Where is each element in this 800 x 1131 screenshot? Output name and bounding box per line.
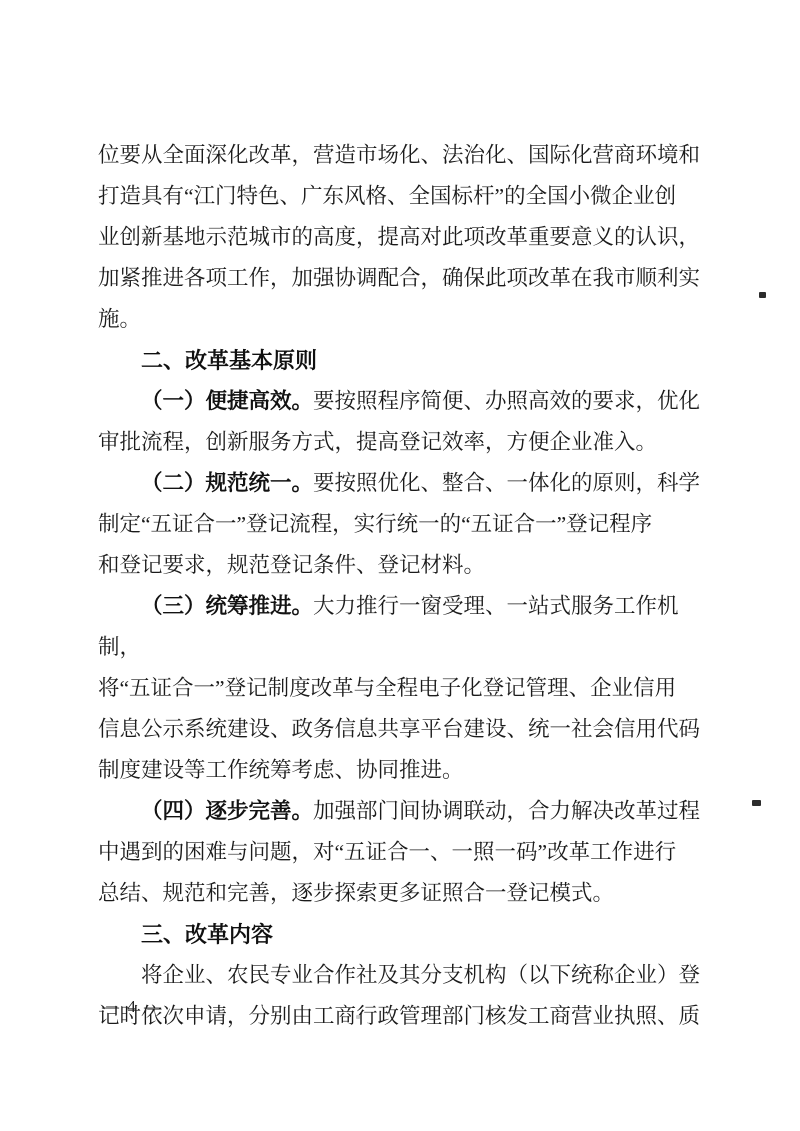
principle-item-2: （二）规范统一。要按照优化、整合、一体化的原则，科学制定“五证合一”登记流程，实… bbox=[98, 463, 714, 586]
principle-item-3-rest: 将“五证合一”登记制度改革与全程电子化登记管理、企业信用 信息公示系统建设、政务… bbox=[98, 668, 714, 791]
section-heading-principles: 二、改革基本原则 bbox=[98, 340, 714, 381]
principle-item-4-lead: （四）逐步完善。 bbox=[141, 799, 313, 823]
principle-item-4-first-line: 加强部门间协调联动，合力解决改革过程 bbox=[313, 799, 700, 823]
principle-item-2-rest: 制定“五证合一”登记流程，实行统一的“五证合一”登记程序 和登记要求，规范登记条… bbox=[98, 504, 714, 586]
principle-item-2-lead: （二）规范统一。 bbox=[141, 471, 313, 495]
principle-item-4: （四）逐步完善。加强部门间协调联动，合力解决改革过程中遇到的困难与问题，对“五证… bbox=[98, 791, 714, 914]
scan-speck-artifact bbox=[356, 1015, 360, 1019]
document-page: 位要从全面深化改革，营造市场化、法治化、国际化营商环境和 打造具有“江门特色、广… bbox=[0, 0, 800, 1131]
principle-item-1-first-line: 要按照程序简便、办照高效的要求，优化 bbox=[313, 389, 700, 413]
scan-speck-artifact bbox=[759, 292, 766, 298]
document-body: 位要从全面深化改革，营造市场化、法治化、国际化营商环境和 打造具有“江门特色、广… bbox=[98, 135, 714, 1037]
section-heading-content: 三、改革内容 bbox=[98, 914, 714, 955]
page-number: — 4 — bbox=[102, 995, 163, 1019]
principle-item-2-first-line: 要按照优化、整合、一体化的原则，科学 bbox=[313, 471, 700, 495]
principle-item-1: （一）便捷高效。要按照程序简便、办照高效的要求，优化审批流程，创新服务方式，提高… bbox=[98, 381, 714, 463]
principle-item-3-lead: （三）统筹推进。 bbox=[141, 594, 313, 618]
paragraph-continued-from-previous-page: 位要从全面深化改革，营造市场化、法治化、国际化营商环境和 打造具有“江门特色、广… bbox=[98, 135, 714, 340]
scan-speck-artifact bbox=[752, 800, 761, 806]
paragraph-reform-content: 将企业、农民专业合作社及其分支机构（以下统称企业）登 记时依次申请，分别由工商行… bbox=[98, 955, 714, 1037]
principle-item-3: （三）统筹推进。大力推行一窗受理、一站式服务工作机制，将“五证合一”登记制度改革… bbox=[98, 586, 714, 791]
principle-item-1-rest: 审批流程，创新服务方式，提高登记效率，方便企业准入。 bbox=[98, 422, 714, 463]
principle-item-1-lead: （一）便捷高效。 bbox=[141, 389, 313, 413]
principle-item-4-rest: 中遇到的困难与问题，对“五证合一、一照一码”改革工作进行 总结、规范和完善，逐步… bbox=[98, 832, 714, 914]
